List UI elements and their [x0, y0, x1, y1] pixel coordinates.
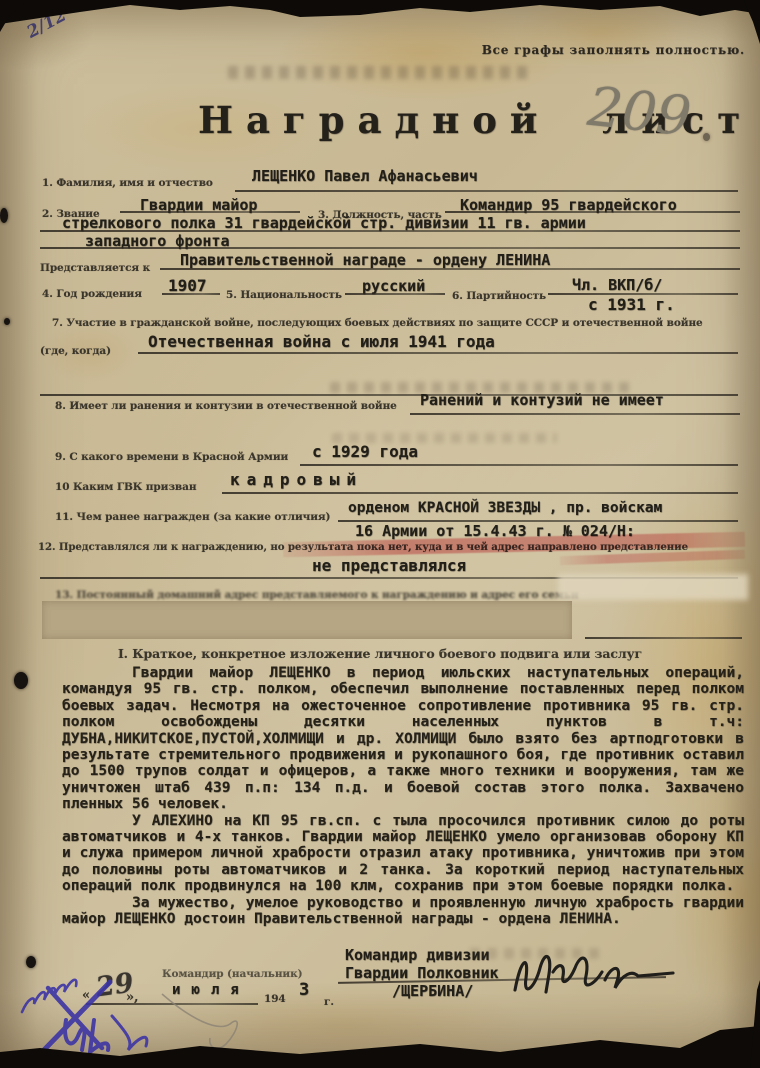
- field-4-label: 4. Год рождения: [42, 288, 142, 300]
- form-rule: [162, 293, 220, 295]
- shcherbina-signature: [505, 938, 680, 1008]
- field-8-label: 8. Имеет ли ранения и контузии в отечест…: [55, 400, 397, 412]
- form-rule: [120, 211, 300, 213]
- field-11-value: орденом КРАСНОЙ ЗВЕЗДЫ , пр. войскам: [348, 500, 662, 516]
- nominated-for-value: Правительственной награде - ордену ЛЕНИН…: [180, 251, 550, 269]
- date-year-suffix: г.: [324, 996, 334, 1008]
- field-1-value: ЛЕЩЕНКО Павел Афанасьевич: [252, 167, 478, 185]
- field-10-label: 10 Каким ГВК призван: [55, 481, 196, 493]
- citation-paragraph: Гвардии майор ЛЕЩЕНКО в период июльских …: [62, 665, 744, 813]
- field-6-label: 6. Партийность: [452, 290, 546, 302]
- field-6-value: Чл. ВКП/б/: [572, 276, 662, 294]
- form-rule: [345, 293, 445, 295]
- form-rule: [40, 247, 740, 249]
- field-7-where-label: (где, когда): [40, 345, 111, 357]
- nominated-for-label: Представляется к: [40, 262, 150, 274]
- paper-hole: [26, 956, 36, 968]
- form-rule: [585, 637, 742, 639]
- field-9-label: 9. С какого времени в Красной Армии: [55, 451, 288, 463]
- torn-edge-top: [0, 0, 760, 26]
- field-9-value: с 1929 года: [312, 442, 418, 461]
- citation-heading: I. Краткое, конкретное изложение личного…: [0, 646, 760, 661]
- scanned-award-document: { "page": { "instruction": "Все графы за…: [0, 0, 760, 1068]
- division-commander-name: /ЩЕРБИНА/: [392, 982, 473, 1000]
- form-rule: [222, 492, 738, 494]
- paper-hole: [0, 208, 8, 223]
- paper-hole: [14, 672, 28, 689]
- blue-ink-scribble: [12, 926, 247, 1064]
- form-rule: [410, 413, 740, 415]
- torn-edge-top-right: [744, 0, 760, 44]
- citation-paragraph: За мужество, умелое руководство и проявл…: [62, 895, 744, 928]
- field-6-value-line2: с 1931 г.: [588, 295, 675, 314]
- field-12-value: не представлялся: [312, 556, 466, 575]
- division-commander-title: Командир дивизии: [345, 946, 490, 964]
- date-year-prefix: 194: [264, 993, 286, 1005]
- torn-edge-right: [750, 980, 760, 1068]
- field-11-label: 11. Чем ранее награжден (за какие отличи…: [55, 511, 330, 523]
- redaction-box: [42, 601, 572, 639]
- paper-hole: [703, 133, 710, 141]
- citation-body: Гвардии майор ЛЕЩЕНКО в период июльских …: [62, 665, 744, 928]
- form-rule: [138, 352, 738, 354]
- field-8-value: Ранений и контузий не имеет: [420, 391, 664, 409]
- field-5-label: 5. Национальность: [226, 289, 342, 301]
- redaction-blur: [558, 574, 748, 600]
- form-rule: [160, 268, 740, 270]
- citation-paragraph: У АЛЕХИНО на КП 95 гв.сп. с тыла просочи…: [62, 813, 744, 895]
- form-rule: [300, 464, 738, 466]
- field-7-label: 7. Участие в гражданской войне, последую…: [52, 317, 703, 329]
- date-year-digit: 3: [299, 980, 309, 1000]
- paper-hole: [4, 318, 10, 325]
- field-10-value: кадровый: [230, 470, 363, 489]
- page-number-handwriting: 209: [585, 75, 694, 148]
- fill-instruction: Все графы заполнять полностью.: [455, 43, 745, 57]
- form-rule: [445, 211, 740, 213]
- form-rule: [235, 190, 738, 192]
- paper-background: 2/12 Все графы заполнять полностью. Нагр…: [0, 0, 760, 1068]
- bleed-through-text: [228, 66, 528, 79]
- field-13-label: 13. Постоянный домашний адрес представля…: [55, 589, 579, 601]
- field-7-value: Отечественная война с июля 1941 года: [148, 332, 495, 351]
- field-1-label: 1. Фамилия, имя и отчество: [42, 177, 213, 189]
